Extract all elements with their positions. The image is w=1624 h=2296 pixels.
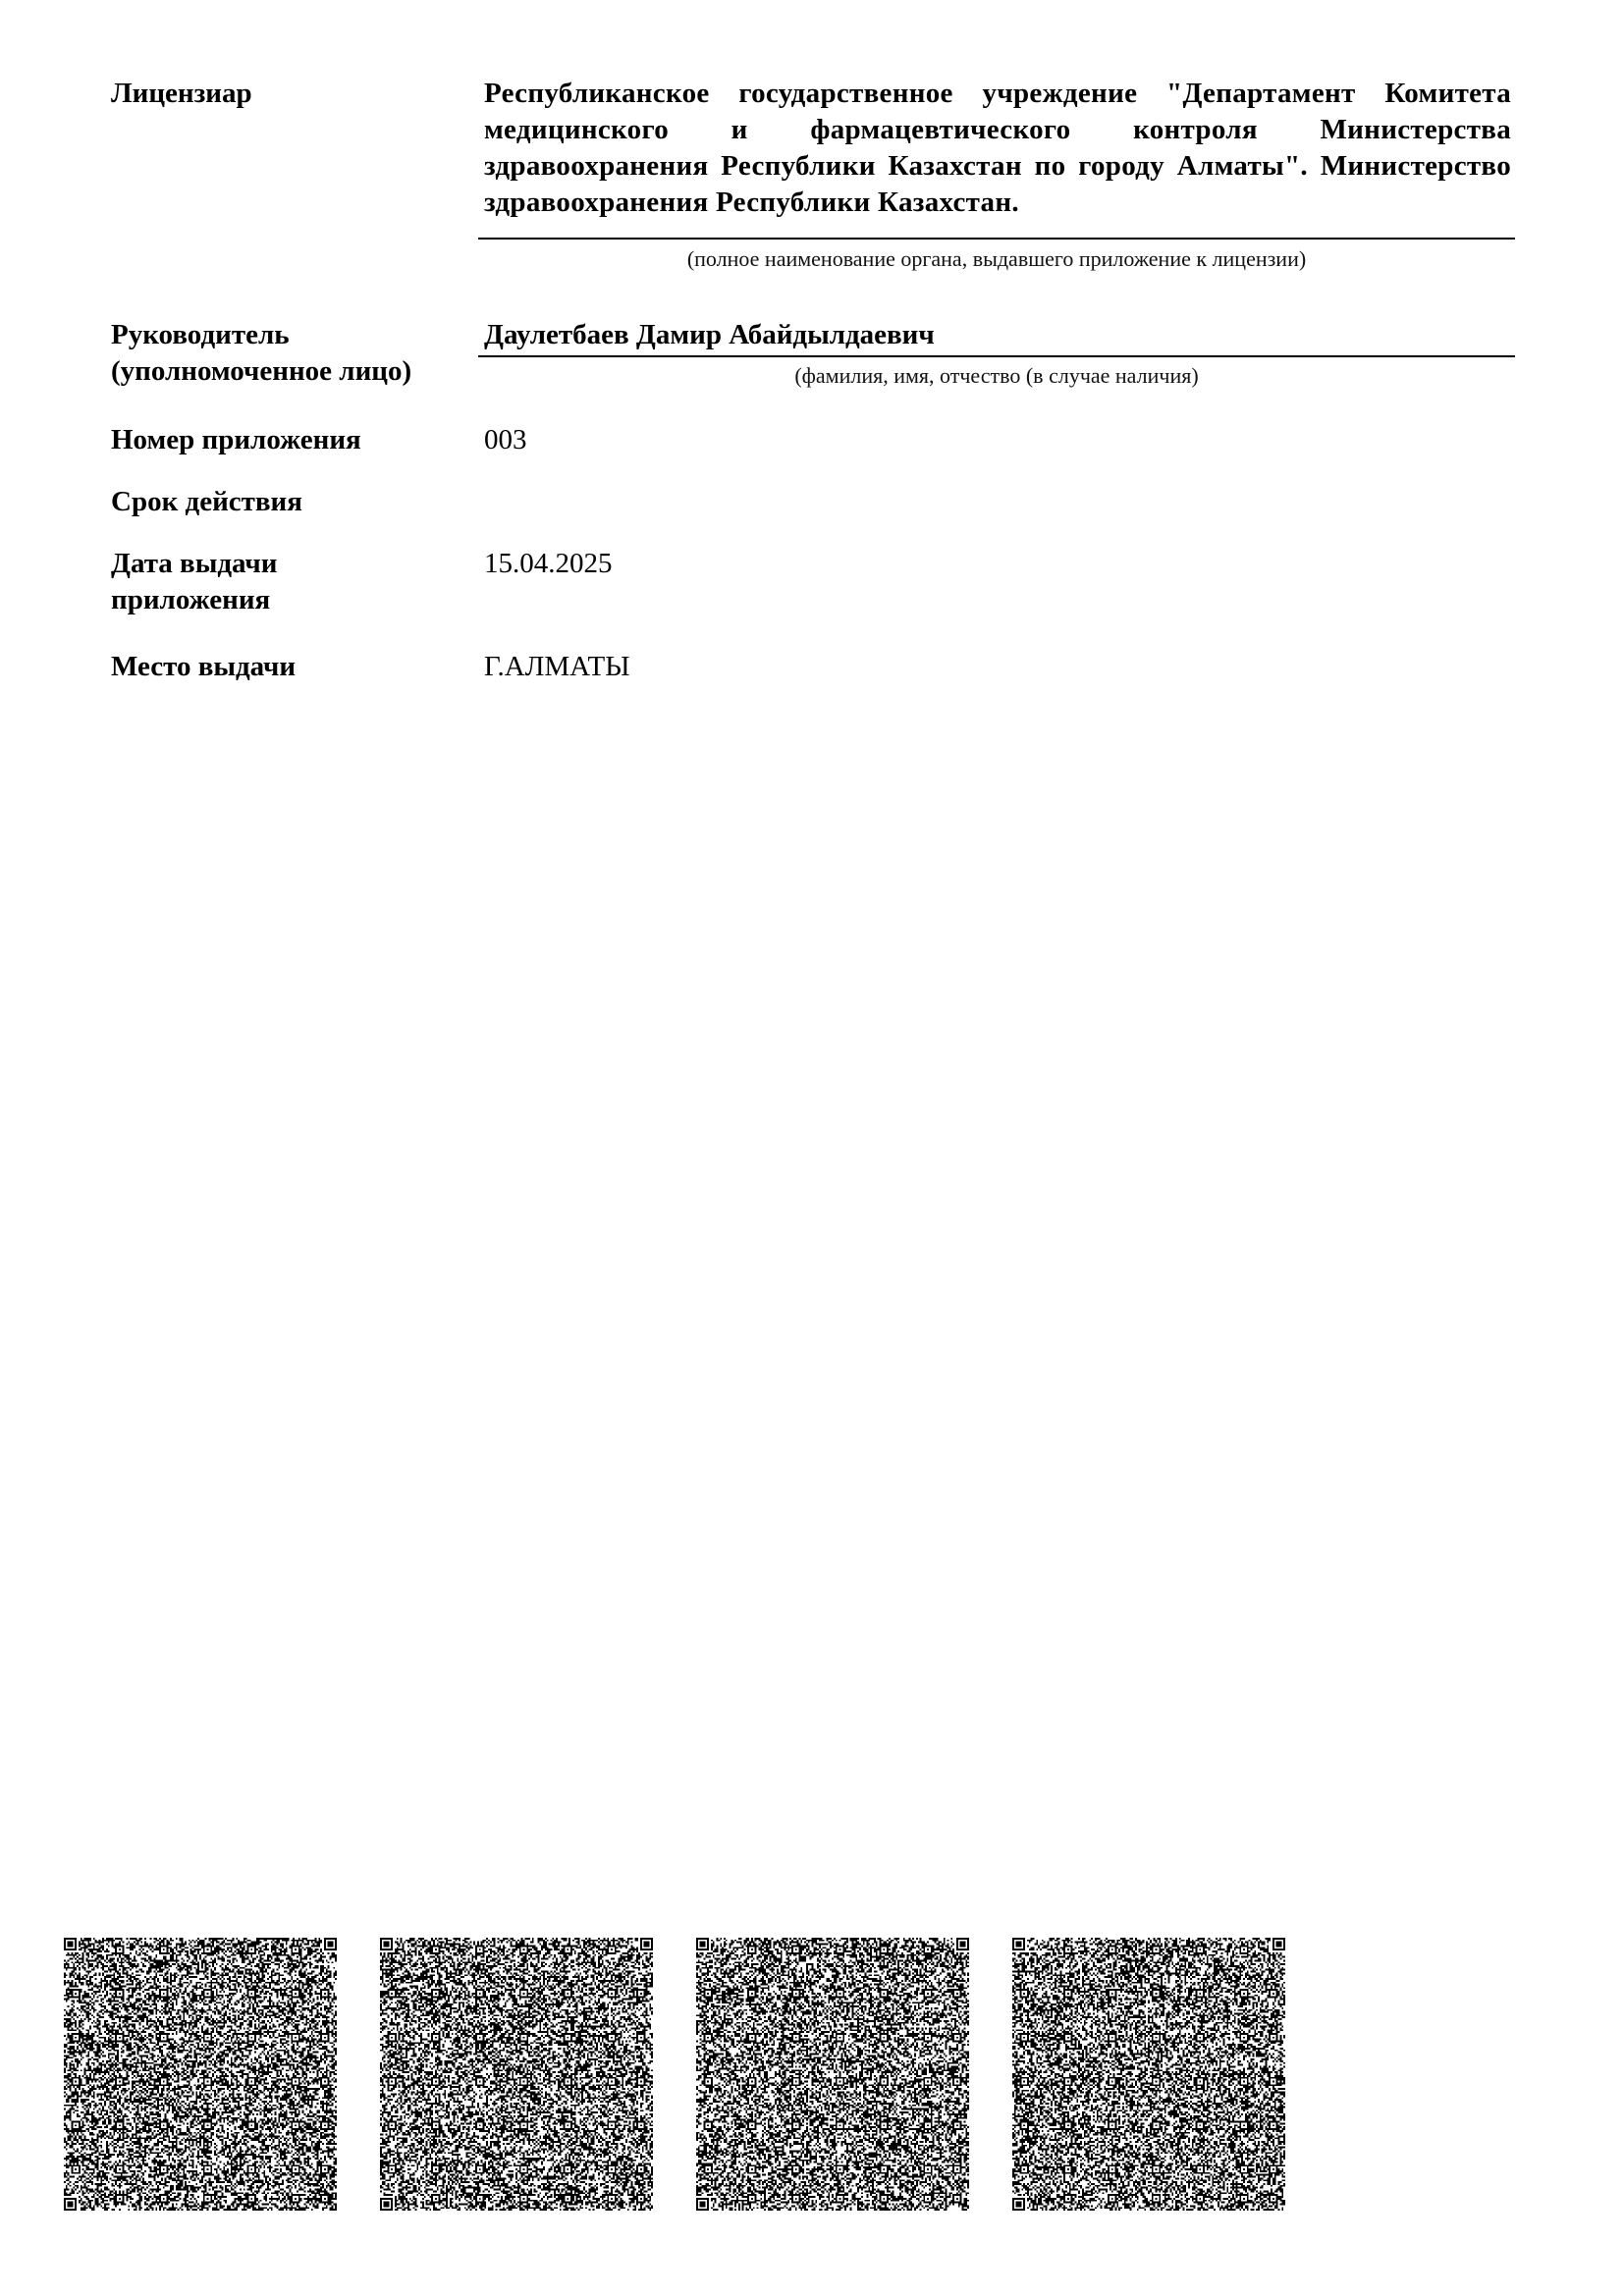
issue-date-value: 15.04.2025 (484, 546, 613, 582)
issue-date-label-line1: Дата выдачи (111, 546, 277, 582)
head-caption: (фамилия, имя, отчество (в случае наличи… (478, 363, 1515, 389)
qr-code-4 (1012, 1938, 1285, 2211)
issue-date-label-line2: приложения (111, 582, 270, 618)
head-value: Даулетбаев Дамир Абайдылдаевич (484, 317, 935, 353)
qr-code-2 (380, 1938, 653, 2211)
head-label-line1: Руководитель (111, 317, 290, 353)
appendix-number-label: Номер приложения (111, 422, 361, 458)
qr-code-3 (696, 1938, 969, 2211)
licensor-underline (478, 238, 1515, 240)
head-underline (478, 355, 1515, 357)
licensor-label: Лицензиар (111, 76, 252, 112)
qr-code-1 (64, 1938, 337, 2211)
licensor-caption: (полное наименование органа, выдавшего п… (478, 246, 1515, 272)
licensor-value: Республиканское государственное учрежден… (484, 76, 1511, 221)
appendix-number-value: 003 (484, 422, 527, 458)
head-label-line2: (уполномоченное лицо) (111, 353, 411, 390)
issue-place-value: Г.АЛМАТЫ (484, 649, 630, 685)
issue-place-label: Место выдачи (111, 649, 296, 685)
validity-label: Срок действия (111, 484, 302, 520)
